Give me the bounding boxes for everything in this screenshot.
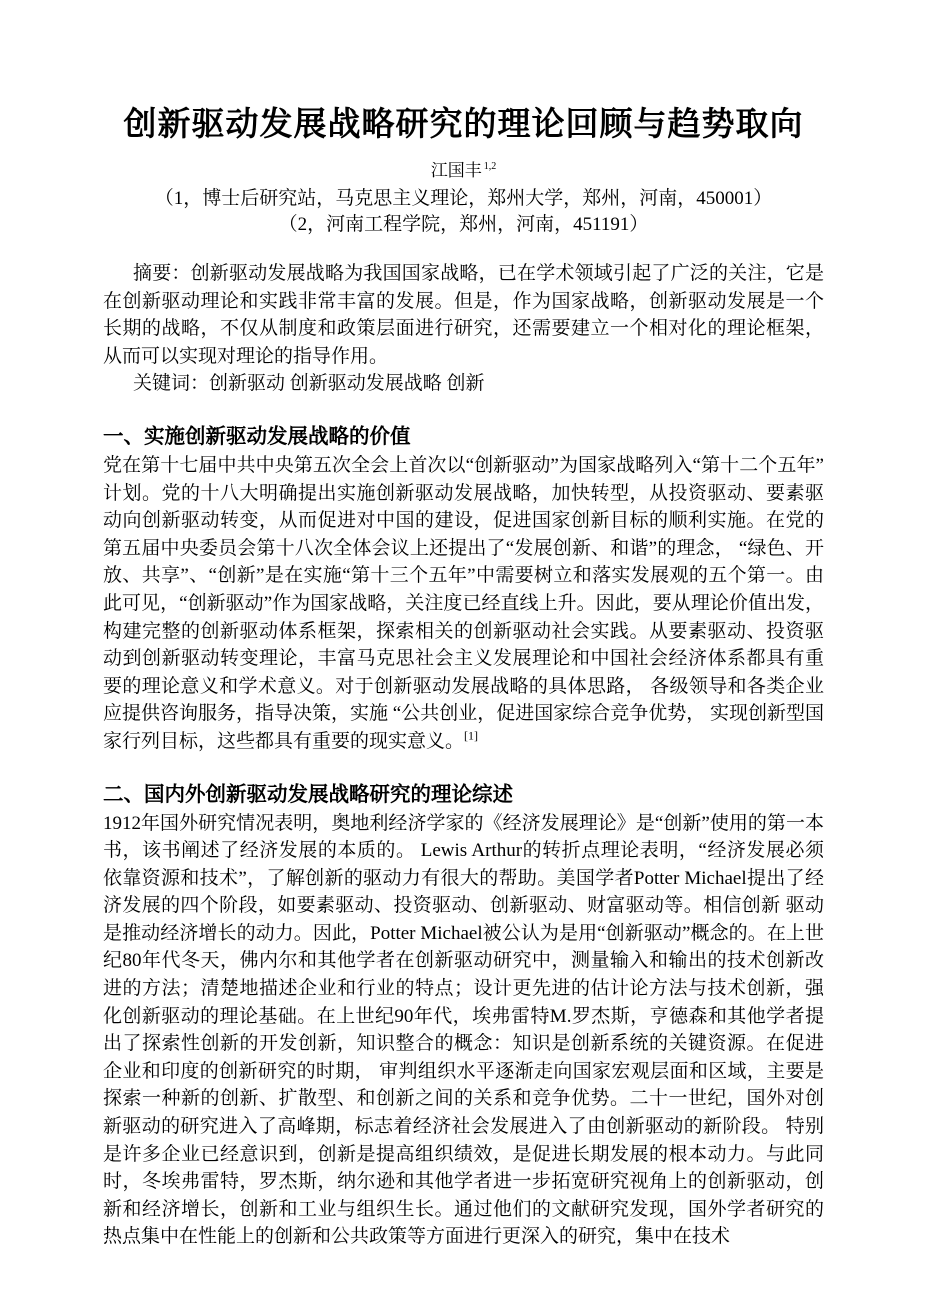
keywords-paragraph: 关键词：创新驱动 创新驱动发展战略 创新	[103, 370, 824, 398]
page-title: 创新驱动发展战略研究的理论回顾与趋势取向	[103, 104, 824, 144]
affiliation-line-2: （2，河南工程学院，郑州，河南，451191）	[103, 212, 824, 238]
section-1-heading: 一、实施创新驱动发展战略的价值	[103, 423, 824, 451]
abstract-text: 创新驱动发展战略为我国国家战略，已在学术领域引起了广泛的关注，它是在创新驱动理论…	[103, 263, 824, 367]
abstract-block: 摘要：创新驱动发展战略为我国国家战略，已在学术领域引起了广泛的关注，它是在创新驱…	[103, 260, 824, 398]
keywords-label: 关键词：	[133, 373, 209, 394]
section-2-heading: 二、国内外创新驱动发展战略研究的理论综述	[103, 781, 824, 809]
keywords-text: 创新驱动 创新驱动发展战略 创新	[209, 373, 485, 394]
affiliation-line-1: （1，博士后研究站，马克思主义理论，郑州大学，郑州，河南，450001）	[103, 186, 824, 212]
abstract-label: 摘要：	[133, 263, 191, 284]
section-2-body: 1912年国外研究情况表明，奥地利经济学家的《经济发展理论》是“创新”使用的第一…	[103, 810, 824, 1252]
footnote-reference-1: [1]	[464, 729, 478, 743]
section-1-body: 党在第十七届中共中央第五次全会上首次以“创新驱动”为国家战略列入“第十二个五年”…	[103, 452, 824, 756]
author-name: 江国丰	[431, 161, 482, 180]
abstract-paragraph: 摘要：创新驱动发展战略为我国国家战略，已在学术领域引起了广泛的关注，它是在创新驱…	[103, 260, 824, 370]
author-superscript: 1,2	[484, 161, 497, 172]
author-line: 江国丰1,2	[103, 160, 824, 182]
document-page: 创新驱动发展战略研究的理论回顾与趋势取向 江国丰1,2 （1，博士后研究站，马克…	[0, 0, 926, 1309]
section-1-body-text: 党在第十七届中共中央第五次全会上首次以“创新驱动”为国家战略列入“第十二个五年”…	[103, 455, 824, 752]
